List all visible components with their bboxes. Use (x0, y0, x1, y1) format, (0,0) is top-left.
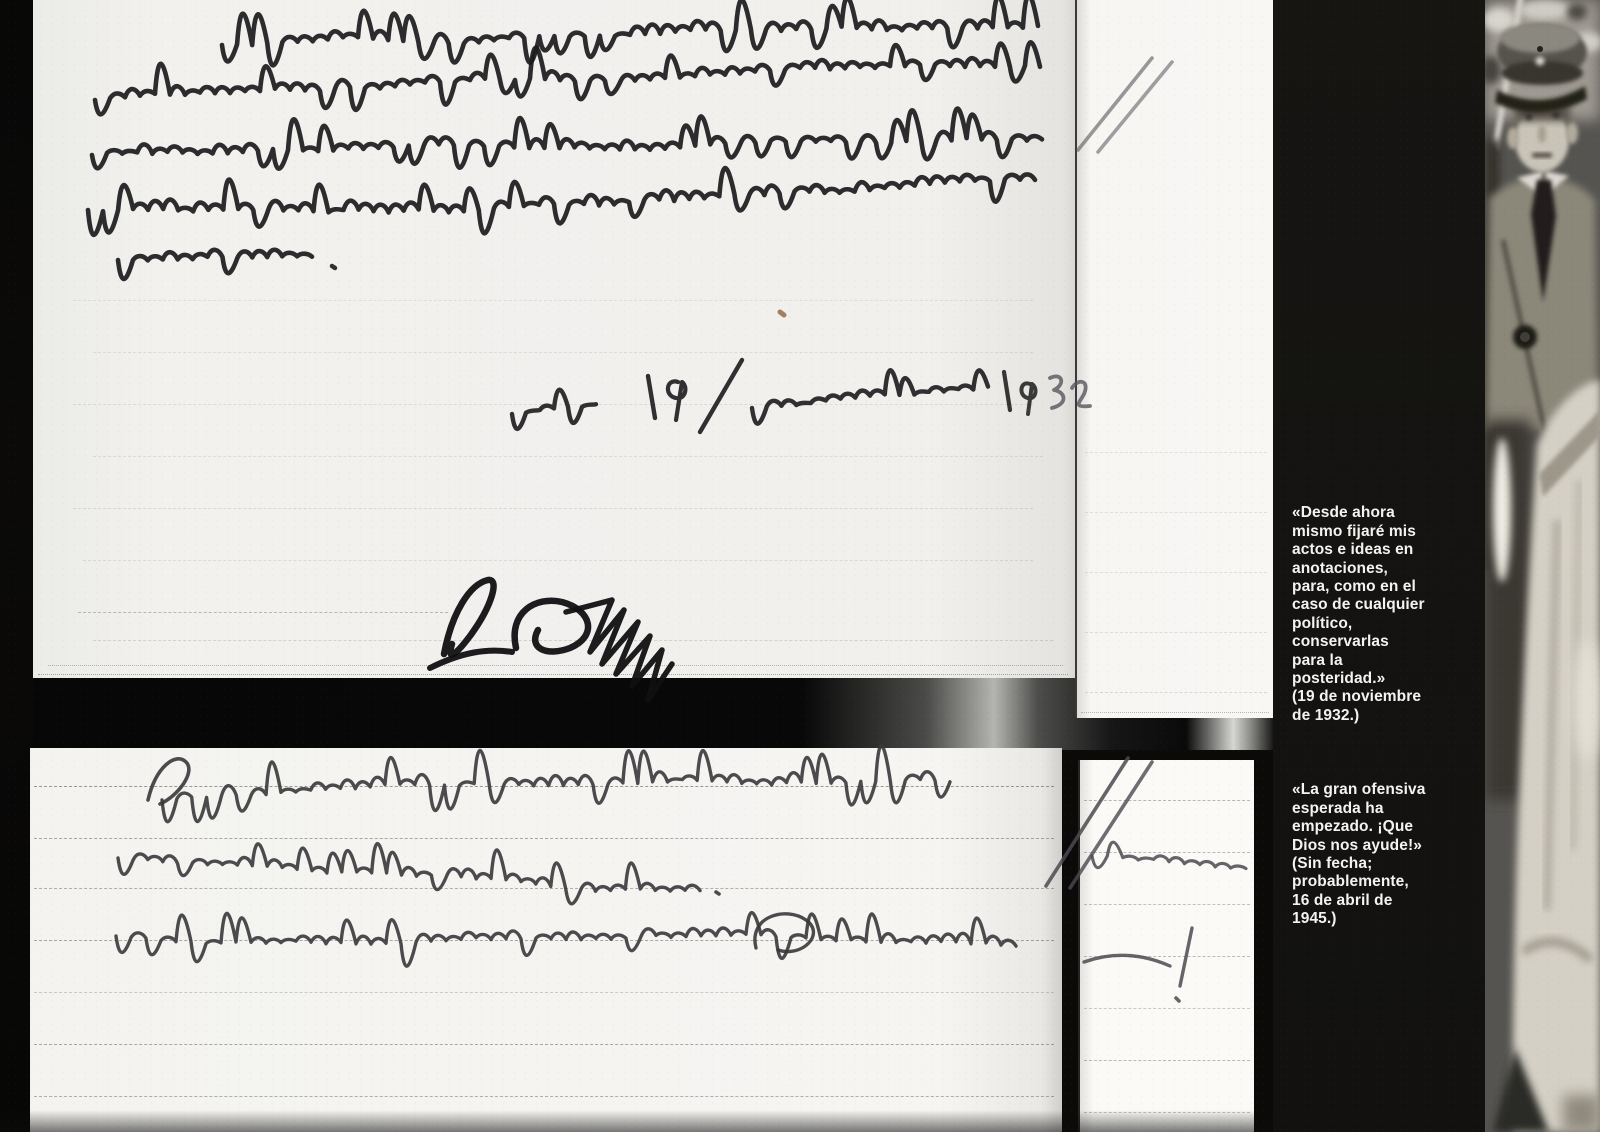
ruled-line (34, 838, 1054, 839)
left-black-margin (0, 0, 33, 1132)
manuscript-page-top (33, 0, 1075, 678)
caption-quote-1932: «Desde ahora mismo fijaré mis actos e id… (1292, 486, 1482, 744)
photo-mouth (1532, 153, 1552, 158)
ruled-line (1084, 1008, 1250, 1009)
photo-binocular-lens (1520, 332, 1530, 342)
ruled-line (1084, 1060, 1250, 1061)
photo-officer (1485, 0, 1600, 1132)
ruled-line (93, 456, 1043, 457)
manuscript-page-bottom (30, 748, 1062, 1132)
ruled-line (1084, 852, 1250, 853)
ruled-line (73, 404, 1033, 405)
photo-foliage-shadow (1567, 4, 1587, 20)
ruled-line (34, 888, 1054, 889)
caption-quote-1945: «La gran ofensiva esperada ha empezado. … (1292, 763, 1482, 947)
photo-ear (1566, 122, 1578, 144)
ruled-line (1085, 572, 1267, 573)
photo-eye (1553, 112, 1559, 118)
book-page-scan: «Desde ahora mismo fijaré mis actos e id… (0, 0, 1600, 1132)
ruled-line (1085, 692, 1267, 693)
ruled-line (73, 508, 1033, 509)
caption-column: «Desde ahora mismo fijaré mis actos e id… (1273, 0, 1485, 1132)
photo-nose (1538, 125, 1546, 143)
ruled-line (34, 992, 1054, 993)
ruled-line (34, 786, 1054, 787)
photo-arm-highlight (1574, 640, 1600, 760)
photo-cap-eagle (1537, 46, 1543, 52)
scan-edge-shadow (0, 1110, 1273, 1132)
ruled-line (78, 612, 448, 613)
ruled-line (83, 560, 1033, 561)
photo-ear (1507, 127, 1519, 149)
ruled-line (1084, 904, 1250, 905)
caption-quote-1945-text: «La gran ofensiva esperada ha empezado. … (1292, 781, 1482, 928)
photo-cap-badge (1536, 57, 1545, 66)
manuscript-page-bottom-fold (1078, 760, 1254, 1132)
manuscript-page-top-fold (1075, 0, 1275, 718)
photo-eye (1526, 114, 1532, 120)
ruled-line (34, 1044, 1054, 1045)
photo-highlight (1493, 438, 1511, 582)
ruled-line (1085, 452, 1267, 453)
ruled-line (38, 674, 1068, 675)
caption-quote-1932-text: «Desde ahora mismo fijaré mis actos e id… (1292, 504, 1482, 725)
photo-bottom-gray (1563, 1095, 1600, 1132)
ruled-line (34, 1096, 1054, 1097)
ruled-line (1085, 512, 1267, 513)
ruled-line (1085, 632, 1267, 633)
ruled-line (73, 300, 1033, 301)
ruled-line (1084, 800, 1250, 801)
ruled-line (1081, 712, 1269, 713)
photo-foliage-blob (1519, 0, 1571, 20)
ruled-line (34, 940, 1054, 941)
ruled-line (48, 665, 1063, 666)
ruled-line (93, 640, 1053, 641)
ruled-line (93, 352, 1033, 353)
ruled-line (1084, 956, 1250, 957)
